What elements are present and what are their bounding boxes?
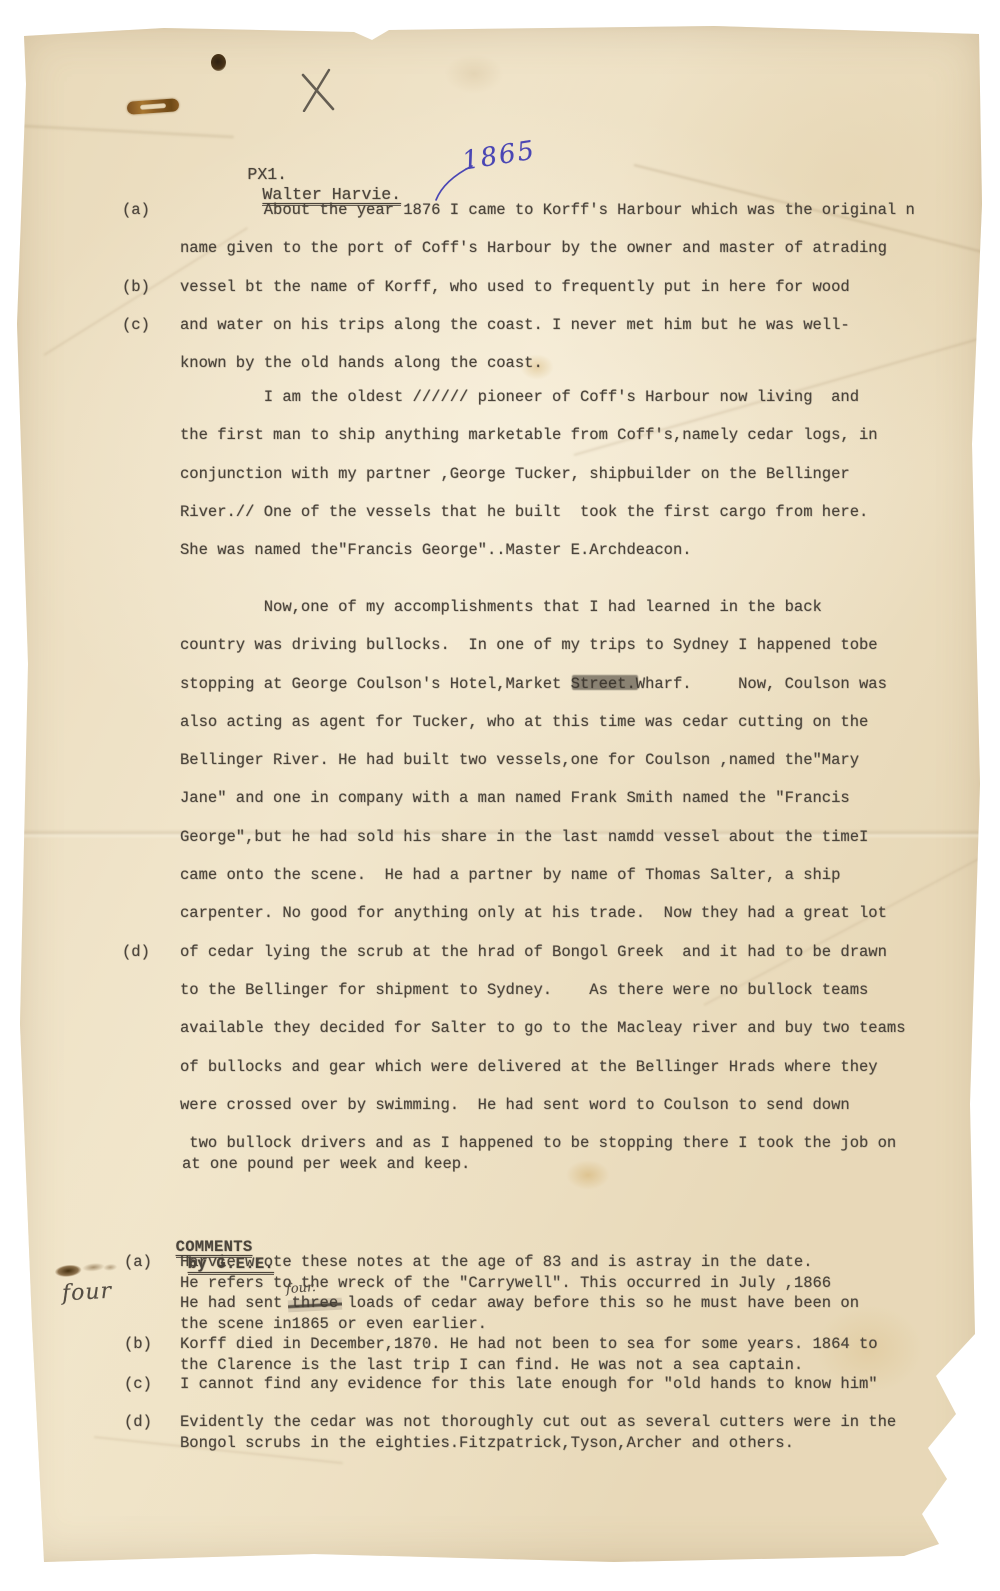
comment-text-b: Korff died in December,1870. He had not … — [180, 1334, 878, 1375]
doc-ref-label: PX1. — [247, 165, 287, 184]
inline-correction: four. — [286, 1280, 317, 1297]
paragraph-1: About the year 1876 I came to Korff's Ha… — [180, 191, 915, 382]
paper-stain — [566, 1160, 610, 1190]
comment-text-d: Evidently the cedar was not thoroughly c… — [180, 1412, 896, 1453]
paragraph-2: I am the oldest ////// pioneer of Coff's… — [180, 378, 878, 569]
paper-sheet: PX1. Walter Harvie. 1865 (a) (b) (c) (d)… — [14, 24, 986, 1566]
comment-text-c: I cannot find any evidence for this late… — [180, 1374, 878, 1395]
comment-label-a: (a) — [124, 1252, 152, 1273]
overtype-smudge — [572, 675, 638, 690]
comment-label-d: (d) — [124, 1412, 152, 1433]
ink-smudge — [53, 1257, 119, 1282]
comment-label-c: (c) — [124, 1374, 152, 1395]
scan-background: PX1. Walter Harvie. 1865 (a) (b) (c) (d)… — [0, 0, 1000, 1591]
paragraph-3: Now,one of my accomplishments that I had… — [180, 588, 906, 1162]
margin-label-c: (c) — [122, 306, 150, 344]
closing-line: at one pound per week and keep. — [182, 1154, 470, 1175]
margin-label-b: (b) — [122, 268, 150, 306]
pencil-x-mark — [296, 66, 340, 112]
comment-text-a: Harvie wrote these notes at the age of 8… — [180, 1252, 859, 1334]
staple-mark — [126, 96, 179, 117]
paper-crease — [14, 124, 234, 139]
margin-note: four — [61, 1279, 112, 1307]
ink-blot — [211, 54, 226, 71]
paper-stain — [444, 54, 504, 94]
margin-label-d: (d) — [122, 933, 150, 971]
comment-label-b: (b) — [124, 1334, 152, 1355]
margin-label-a: (a) — [122, 191, 150, 229]
